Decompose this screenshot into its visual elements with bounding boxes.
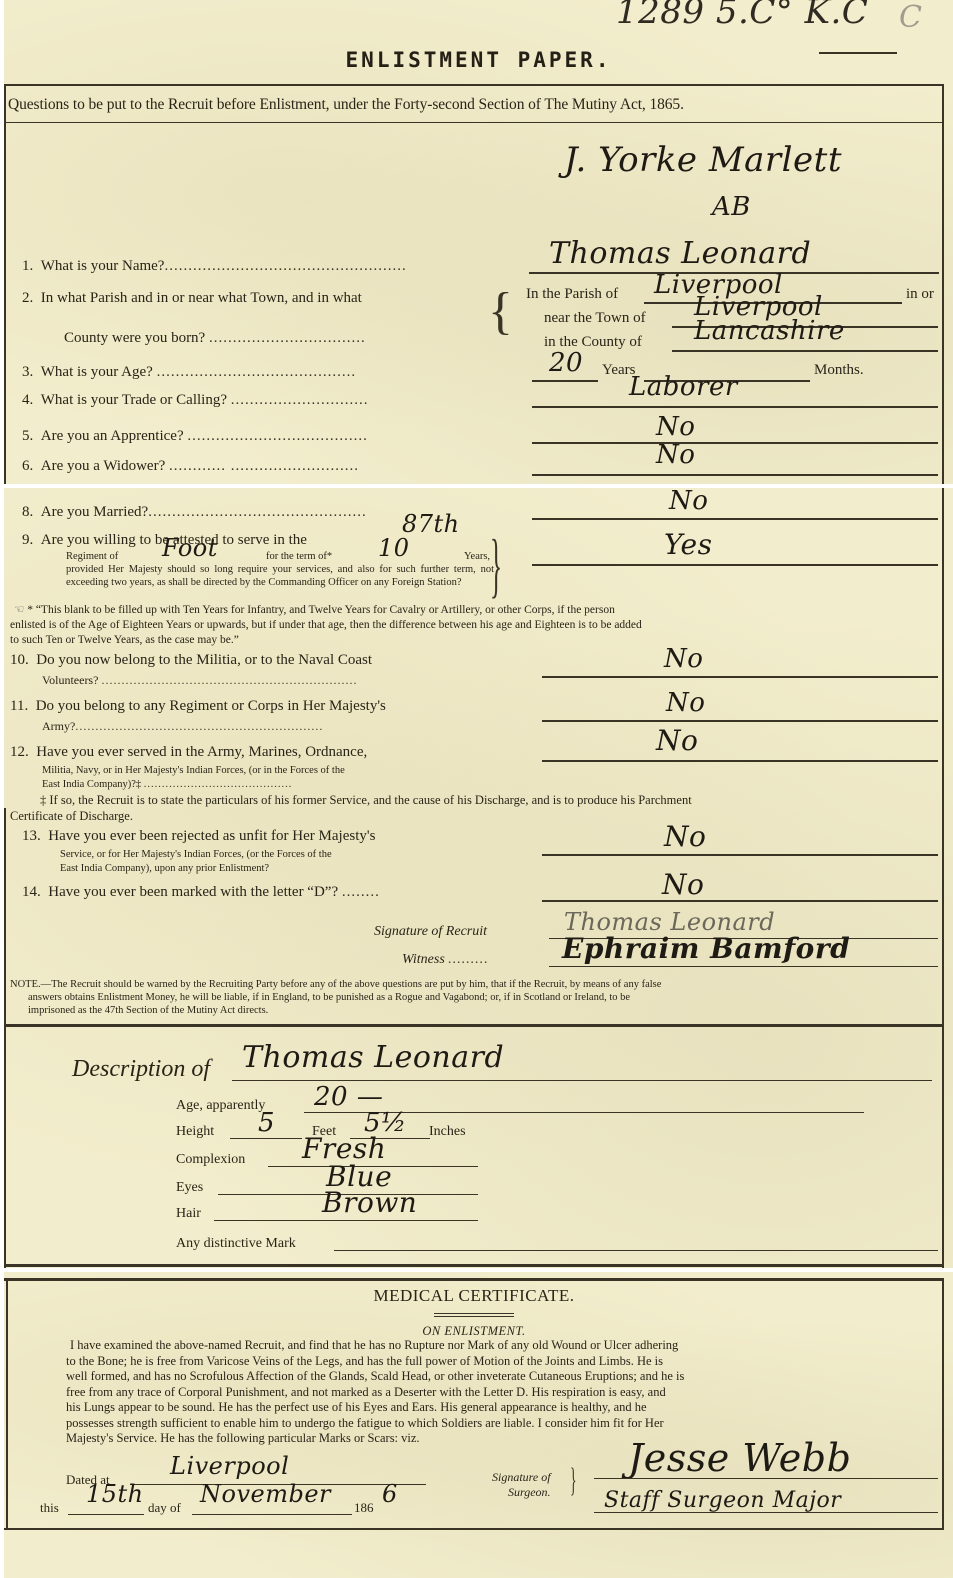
answer-militia[interactable]: No [664,644,703,674]
this-label: this [40,1500,59,1516]
brace: } [570,1462,577,1500]
question-13-line3: East India Company), upon any prior Enli… [60,862,269,875]
term-years-label: Years, [464,550,490,563]
day-of-label: day of [148,1500,181,1516]
regiment-label: Regiment of [66,550,118,563]
description-heading: Description of [72,1056,210,1083]
surgeon-title: Staff Surgeon Major [604,1488,841,1513]
complexion-label: Complexion [176,1152,245,1168]
inches-label: Inches [429,1124,466,1140]
question-2-line2: County were you born? ..................… [64,330,366,347]
answer-regiment[interactable]: No [666,688,705,718]
description-hair[interactable]: Brown [322,1186,417,1219]
year-prefix: 186 [354,1500,374,1516]
question-3: 3. What is your Age? ...................… [22,364,356,381]
answer-served[interactable]: No [656,724,698,757]
months-label: Months. [814,362,864,379]
medical-subtitle: ON ENLISTMENT. [4,1324,944,1339]
answer-widower[interactable]: No [656,440,695,470]
term-footnote-line1: ☜ * “This blank to be filled up with Ten… [14,604,615,617]
question-1: 1. What is your Name?...................… [22,258,407,275]
question-9-detail: provided Her Majesty should so long requ… [66,563,494,589]
medical-body: I have examined the above-named Recruit,… [66,1338,926,1447]
answer-marked-d[interactable]: No [662,868,704,901]
medical-frame-bottom [4,1528,944,1530]
term-footnote-line2: enlisted is of the Age of Eighteen Years… [10,619,642,632]
page-title: ENLISTMENT PAPER. [4,48,953,72]
question-14: 14. Have you ever been marked with the l… [22,884,380,901]
attestor-initials: AB [712,192,751,222]
frame-left [4,808,6,1268]
question-12-line2: Militia, Navy, or in Her Majesty's India… [42,764,345,777]
question-11-line2: Army?...................................… [42,720,323,733]
reference-number: 1289 5.C° K.C [616,0,868,32]
parish-label: In the Parish of [526,286,618,303]
document-strip-top: 1289 5.C° K.C C ENLISTMENT PAPER. Questi… [4,0,953,484]
question-11-line1: 11. Do you belong to any Regiment or Cor… [10,698,386,715]
document-strip-bottom: Passed Medically MEDICAL CERTIFICATE. ON… [4,1272,953,1578]
distinctive-mark-label: Any distinctive Mark [176,1236,296,1252]
answer-name[interactable]: Thomas Leonard [549,236,811,271]
question-12-line3: East India Company)?‡ ..................… [42,778,292,791]
frame-left [4,84,6,484]
date-year[interactable]: 6 [382,1480,398,1508]
warning-note-line3: imprisoned as the 47th Section of the Mu… [28,1004,268,1017]
answer-rejected[interactable]: No [664,820,706,853]
answer-term[interactable]: 10 [378,534,410,562]
frame-top [4,84,944,86]
question-13-line2: Service, or for Her Majesty's Indian For… [60,848,332,861]
dated-place[interactable]: Liverpool [170,1452,289,1480]
date-day[interactable]: 15th [86,1480,144,1508]
subtitle-rule [4,122,944,123]
term-footnote-line3: to such Ten or Twelve Years, as the case… [10,634,239,647]
answer-married[interactable]: No [669,488,708,516]
brace: { [488,282,513,341]
surgeon-label: Signature of Surgeon. [492,1470,551,1500]
medical-frame-left [6,1278,8,1530]
document-strip-middle: 8. Are you Married?.....................… [4,488,953,1268]
date-month[interactable]: November [200,1480,331,1508]
service-footnote-line2: Certificate of Discharge. [10,810,133,823]
section-divider [4,1024,944,1027]
question-12-line1: 12. Have you ever served in the Army, Ma… [10,744,367,761]
answer-age-years[interactable]: 20 [549,348,583,378]
eyes-label: Eyes [176,1180,203,1196]
description-name[interactable]: Thomas Leonard [242,1040,504,1075]
question-13-line1: 13. Have you ever been rejected as unfit… [22,828,375,845]
question-2-line1: 2. In what Parish and in or near what To… [22,290,362,307]
question-5: 5. Are you an Apprentice? ..............… [22,428,368,445]
question-10-line1: 10. Do you now belong to the Militia, or… [10,652,372,669]
height-feet[interactable]: 5 [258,1108,275,1138]
medical-title: MEDICAL CERTIFICATE. [4,1286,944,1306]
question-8: 8. Are you Married?.....................… [22,504,367,521]
answer-regiment-type[interactable]: Foot [162,534,218,562]
question-10-line2: Volunteers? ............................… [42,674,357,687]
question-4: 4. What is your Trade or Calling? ......… [22,392,368,409]
recruit-signature-label: Signature of Recruit [374,924,487,940]
answer-apprentice[interactable]: No [656,412,695,442]
hair-label: Hair [176,1206,201,1222]
town-label: near the Town of [544,310,646,327]
reference-mark: C [899,0,922,35]
answer-regiment-number[interactable]: 87th [402,510,460,538]
answer-county[interactable]: Lancashire [694,316,845,346]
warning-note-line1: NOTE.—The Recruit should be warned by th… [10,978,661,991]
question-6: 6. Are you a Widower? ............ .....… [22,458,359,475]
medical-frame-top [4,1278,944,1281]
attestor-signature: J. Yorke Marlett [564,140,842,180]
age-label: Age, apparently [176,1098,265,1114]
service-footnote-line1: ‡ If so, the Recruit is to state the par… [40,794,692,807]
medical-frame-right [942,1278,944,1530]
in-or-label: in or [906,286,934,303]
term-label: for the term of* [266,550,332,563]
witness-signature[interactable]: Ephraim Bamford [562,932,850,965]
frame-right [942,488,944,1268]
witness-label: Witness ......... [402,952,489,968]
answer-trade[interactable]: Laborer [629,372,738,402]
answer-willing[interactable]: Yes [664,528,713,561]
warning-note-line2: answers obtains Enlistment Money, he wil… [28,991,630,1004]
height-label: Height [176,1124,214,1140]
surgeon-signature[interactable]: Jesse Webb [628,1436,851,1480]
frame-right [942,84,944,484]
brace: } [490,524,502,607]
subtitle: Questions to be put to the Recruit befor… [8,96,684,114]
section-divider [4,1264,944,1267]
